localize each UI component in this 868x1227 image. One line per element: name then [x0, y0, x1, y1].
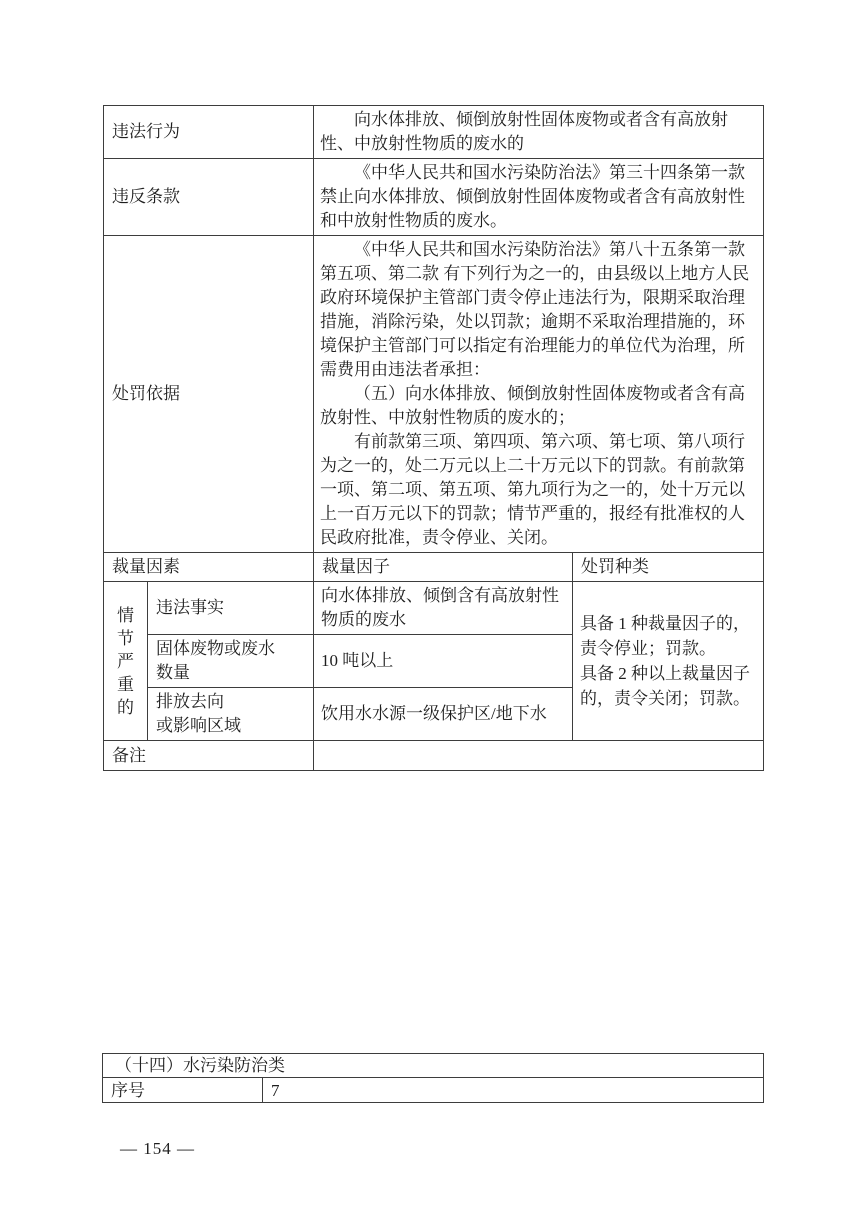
illegal-act-content: 向水体排放、倾倒放射性固体废物或者含有高放射性、中放射性物质的废水的 [314, 106, 764, 159]
violated-clause-row: 违反条款 《中华人民共和国水污染防治法》第三十四条第一款 禁止向水体排放、倾倒放… [104, 159, 764, 236]
illegal-act-row: 违法行为 向水体排放、倾倒放射性固体废物或者含有高放射性、中放射性物质的废水的 [104, 106, 764, 159]
discretion-factor-header: 裁量因子 [314, 553, 573, 582]
severe-fact-row: 情 节 严 重 的 违法事实 向水体排放、倾倒含有高放射性物质的废水 具备 1 … [104, 582, 764, 635]
penalty-basis-row: 处罚依据 《中华人民共和国水污染防治法》第八十五条第一款第五项、第二款 有下列行… [104, 236, 764, 553]
remark-row: 备注 [104, 741, 764, 771]
severe-destination-label: 排放去向 或影响区域 [148, 688, 314, 741]
page-number: — 154 — [120, 1139, 195, 1159]
document-page: 违法行为 向水体排放、倾倒放射性固体废物或者含有高放射性、中放射性物质的废水的 … [0, 0, 868, 1227]
violated-clause-content: 《中华人民共和国水污染防治法》第三十四条第一款 禁止向水体排放、倾倒放射性固体废… [314, 159, 764, 236]
remark-label: 备注 [104, 741, 314, 771]
category-title-row: （十四）水污染防治类 [103, 1054, 764, 1078]
discretion-factor-group-header: 裁量因素 [104, 553, 314, 582]
serial-number-label: 序号 [103, 1078, 263, 1103]
penalty-basis-label: 处罚依据 [104, 236, 314, 553]
serial-number-row: 序号 7 [103, 1078, 764, 1103]
severe-quantity-value: 10 吨以上 [314, 635, 573, 688]
violated-clause-label: 违反条款 [104, 159, 314, 236]
severe-quantity-label: 固体废物或废水 数量 [148, 635, 314, 688]
violated-clause-text: 《中华人民共和国水污染防治法》第三十四条第一款 禁止向水体排放、倾倒放射性固体废… [320, 161, 759, 233]
severe-penalty-type-line-2: 具备 2 种以上裁量因子的，责令关闭；罚款。 [580, 661, 759, 711]
severe-penalty-type-cell: 具备 1 种裁量因子的，责令停业；罚款。 具备 2 种以上裁量因子的，责令关闭；… [573, 582, 764, 741]
remark-content [314, 741, 764, 771]
penalty-rule-table: 违法行为 向水体排放、倾倒放射性固体废物或者含有高放射性、中放射性物质的废水的 … [103, 105, 764, 771]
severe-circumstances-vertical-label: 情 节 严 重 的 [104, 582, 148, 741]
severe-fact-value: 向水体排放、倾倒含有高放射性物质的废水 [314, 582, 573, 635]
severe-destination-value: 饮用水水源一级保护区/地下水 [314, 688, 573, 741]
penalty-basis-paragraph-1: 《中华人民共和国水污染防治法》第八十五条第一款第五项、第二款 有下列行为之一的，… [320, 238, 759, 382]
severe-penalty-type-line-1: 具备 1 种裁量因子的，责令停业；罚款。 [580, 611, 759, 661]
penalty-basis-content: 《中华人民共和国水污染防治法》第八十五条第一款第五项、第二款 有下列行为之一的，… [314, 236, 764, 553]
penalty-basis-paragraph-3: 有前款第三项、第四项、第六项、第七项、第八项行为之一的，处二万元以上二十万元以下… [320, 430, 759, 550]
serial-number-value: 7 [263, 1078, 764, 1103]
penalty-basis-paragraph-2: （五）向水体排放、倾倒放射性固体废物或者含有高放射性、中放射性物质的废水的； [320, 382, 759, 430]
next-section-table: （十四）水污染防治类 序号 7 [102, 1053, 764, 1103]
severe-fact-label: 违法事实 [148, 582, 314, 635]
illegal-act-text: 向水体排放、倾倒放射性固体废物或者含有高放射性、中放射性物质的废水的 [320, 108, 759, 156]
discretion-header-row: 裁量因素 裁量因子 处罚种类 [104, 553, 764, 582]
illegal-act-label: 违法行为 [104, 106, 314, 159]
penalty-type-header: 处罚种类 [573, 553, 764, 582]
category-title: （十四）水污染防治类 [103, 1054, 764, 1078]
